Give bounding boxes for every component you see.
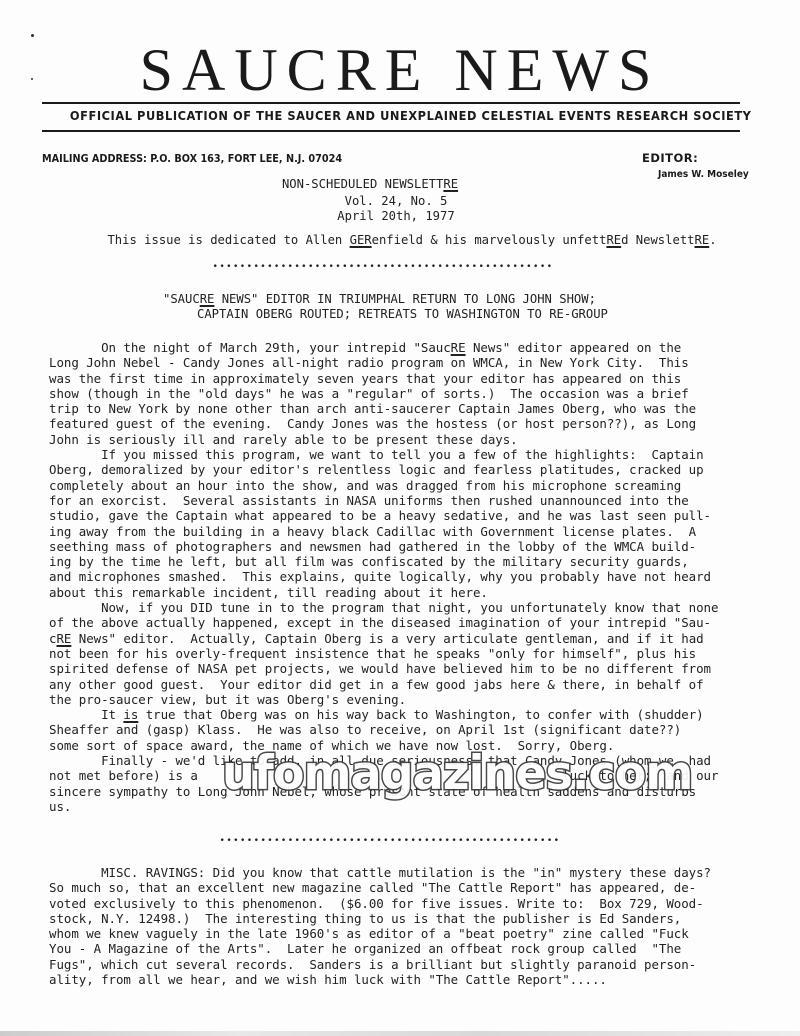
newsletter-page: SAUCRE NEWS OFFICIAL PUBLICATION OF THE … [0,0,800,1036]
text-line: ality, from all we hear, and we wish him… [49,972,794,987]
text-line: Sheaffer and (gasp) Klass. He was also t… [49,722,794,737]
article-headline-line2: CAPTAIN OBERG ROUTED; RETREATS TO WASHIN… [197,307,608,321]
text-line: show (though in the "old days" he was a … [49,386,794,401]
text-line: voted exclusively to this phenomenon. ($… [49,896,794,911]
text-line: was the first time in approximately seve… [49,371,794,386]
dedication-text: enfield & his marvelously unfett [372,233,607,247]
text-line: spirited defense of NASA pet projects, w… [49,661,794,676]
newsletter-type: NON-SCHEDULED NEWSLETTRE [0,177,770,191]
mailing-address: MAILING ADDRESS: P.O. BOX 163, FORT LEE,… [42,152,342,165]
headline-text: "SAUC [163,292,200,306]
text-line: MISC. RAVINGS: Did you know that cattle … [49,865,794,880]
headline-text: NEWS" EDITOR IN TRIUMPHAL RETURN TO LONG… [214,292,596,306]
masthead-rule-bottom [42,130,740,132]
text-line: whom we knew vaguely in the late 1960's … [49,926,794,941]
text-line: You - A Magazine of the Arts". Later he … [49,941,794,956]
text-line: and microphones smashed. This explains, … [49,569,794,584]
issue-date: April 20th, 1977 [0,209,796,223]
text-line: Oberg, demoralized by your editor's rele… [49,462,794,477]
masthead-tagline: OFFICIAL PUBLICATION OF THE SAUCER AND U… [70,108,712,123]
text-line: Long John Nebel - Candy Jones all-night … [49,355,794,370]
text-line: It is true that Oberg was on his way bac… [49,707,794,722]
text-line: So much so, that an excellent new magazi… [49,880,794,895]
dedication-underlined: RE [606,233,621,247]
separator-dots: ••••••••••••••••••••••••••••••••••••••••… [0,262,783,272]
newsletter-type-text: NON-SCHEDULED NEWSLETT [282,177,443,191]
editor-label: EDITOR: [642,151,698,165]
dedication-underlined: RE [695,233,710,247]
dedication-underlined: GER [350,233,372,247]
text-line: John is seriously ill and rarely able to… [49,432,794,447]
text-line: completely about an hour into the show, … [49,478,794,493]
text-line: ing by the time he left, but all film wa… [49,554,794,569]
watermark: ufomagazines.com [222,746,692,801]
text-line: studio, gave the Captain what appeared t… [49,508,794,523]
text-line: On the night of March 29th, your intrepi… [49,340,794,355]
dedication: This issue is dedicated to Allen GERenfi… [12,233,800,247]
text-line: not been for his overly-frequent insiste… [49,646,794,661]
issue-volume: Vol. 24, No. 5 [0,194,796,208]
dedication-text: . [709,233,716,247]
dedication-text: d Newslett [621,233,694,247]
text-line: Now, if you DID tune in to the program t… [49,600,794,615]
masthead-title: SAUCRE NEWS [0,38,800,102]
text-line: Fugs", which cut several records. Sander… [49,957,794,972]
text-line: seething mass of photographers and newsm… [49,539,794,554]
text-line: us. [49,799,794,814]
page-bottom-edge [0,1031,800,1036]
dedication-text: This issue is dedicated to Allen [107,233,349,247]
text-line: of the above actually happened, except i… [49,615,794,630]
text-line: cRE News" editor. Actually, Captain Ober… [49,631,794,646]
text-line: If you missed this program, we want to t… [49,447,794,462]
misc-ravings-body: MISC. RAVINGS: Did you know that cattle … [49,865,794,987]
text-line: stock, N.Y. 12498.) The interesting thin… [49,911,794,926]
text-line: ing away from the building in a heavy bl… [49,524,794,539]
text-line: featured guest of the evening. Candy Jon… [49,416,794,431]
text-line: about this remarkable incident, till rea… [49,585,794,600]
newsletter-type-underlined: RE [443,177,458,191]
text-line: trip to New York by none other than arch… [49,401,794,416]
masthead-rule-top [42,102,740,104]
article-body: On the night of March 29th, your intrepi… [49,340,794,814]
headline-underlined: RE [200,292,215,306]
text-line: the pro-saucer view, but it was Oberg's … [49,692,794,707]
article-headline-line1: "SAUCRE NEWS" EDITOR IN TRIUMPHAL RETURN… [163,292,596,306]
separator-dots: ••••••••••••••••••••••••••••••••••••••••… [0,836,790,846]
text-line: any other good guest. Your editor did ge… [49,677,794,692]
text-line: for an exorcist. Several assistants in N… [49,493,794,508]
paper-speck [31,34,34,37]
